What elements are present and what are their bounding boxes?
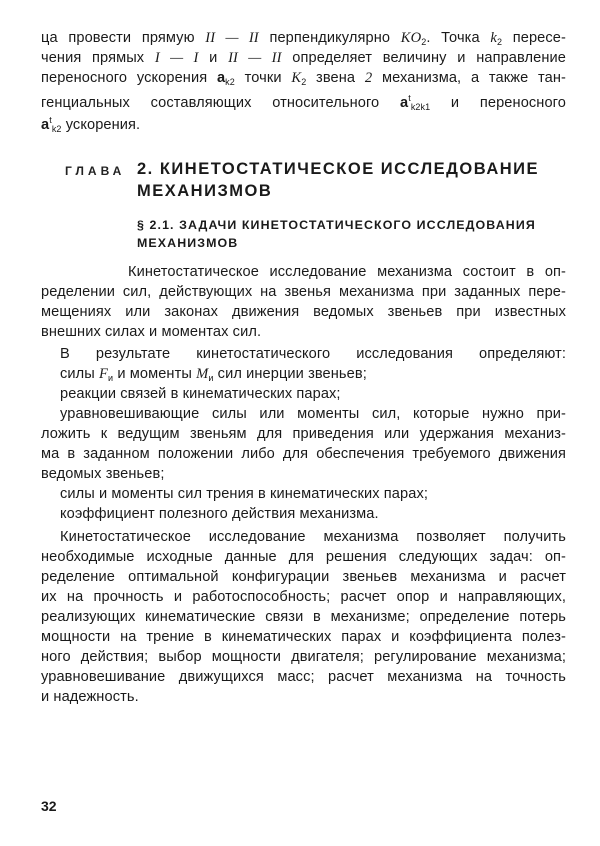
text-line: ца провести прямую II — II перпендикуляр… bbox=[41, 28, 566, 48]
text-line: их на прочность и работоспособность; рас… bbox=[41, 587, 566, 607]
text-line: Кинетостатическое исследование механизма… bbox=[60, 527, 566, 547]
text-line: переносного ускорения ak2 точки K2 звена… bbox=[41, 68, 566, 88]
text-line: и надежность. bbox=[41, 687, 566, 707]
section-title-line: § 2.1. ЗАДАЧИ КИНЕТОСТАТИЧЕСКОГО ИССЛЕДО… bbox=[137, 216, 536, 234]
text-line: реализующих кинематические связи в механ… bbox=[41, 607, 566, 627]
text-line: необходимые исходные данные для решения … bbox=[41, 547, 566, 567]
list-item-continued: ложить к ведущим звеньям для приведения … bbox=[41, 424, 566, 444]
list-item: реакции связей в кинематических парах; bbox=[60, 384, 566, 404]
chapter-title-line: 2. КИНЕТОСТАТИЧЕСКОЕ ИССЛЕДОВАНИЕ bbox=[137, 158, 539, 180]
text-line: ределение оптимальной конфигурации звень… bbox=[41, 567, 566, 587]
list-item-continued: ведомых звеньев; bbox=[41, 464, 566, 484]
list-item-continued: ма в заданном положении либо для обеспеч… bbox=[41, 444, 566, 464]
text-line: ределении сил, действующих на звенья мех… bbox=[41, 282, 566, 302]
list-item: коэффициент полезного действия механизма… bbox=[60, 504, 566, 524]
text-line: Кинетостатическое исследование механизма… bbox=[128, 262, 566, 282]
text-line: генциальных составляющих относительного … bbox=[41, 88, 566, 108]
text-line: atk2 ускорения. bbox=[41, 110, 566, 130]
section-title-line: МЕХАНИЗМОВ bbox=[137, 234, 238, 252]
text-line: чения прямых I — I и II — II определяет … bbox=[41, 48, 566, 68]
chapter-title-line: МЕХАНИЗМОВ bbox=[137, 180, 272, 202]
text-line: мощности на трение в кинематических пара… bbox=[41, 627, 566, 647]
list-item: силы и моменты сил трения в кинематическ… bbox=[60, 484, 566, 504]
page-number: 32 bbox=[41, 798, 57, 814]
list-item: силы Fи и моменты Mи сил инерции звеньев… bbox=[60, 364, 566, 384]
document-page: ца провести прямую II — II перпендикуляр… bbox=[0, 0, 600, 846]
text-line: мещениях или законах движения ведомых зв… bbox=[41, 302, 566, 322]
text-line: внешних силах и моментах сил. bbox=[41, 322, 566, 342]
text-line: уравновешивание движущихся масс; расчет … bbox=[41, 667, 566, 687]
text-line: ного действия; выбор мощности двигателя;… bbox=[41, 647, 566, 667]
chapter-label: ГЛАВА bbox=[65, 164, 125, 178]
list-item: уравновешивающие силы или моменты сил, к… bbox=[60, 404, 566, 424]
list-intro: В результате кинетостатического исследов… bbox=[60, 344, 566, 364]
